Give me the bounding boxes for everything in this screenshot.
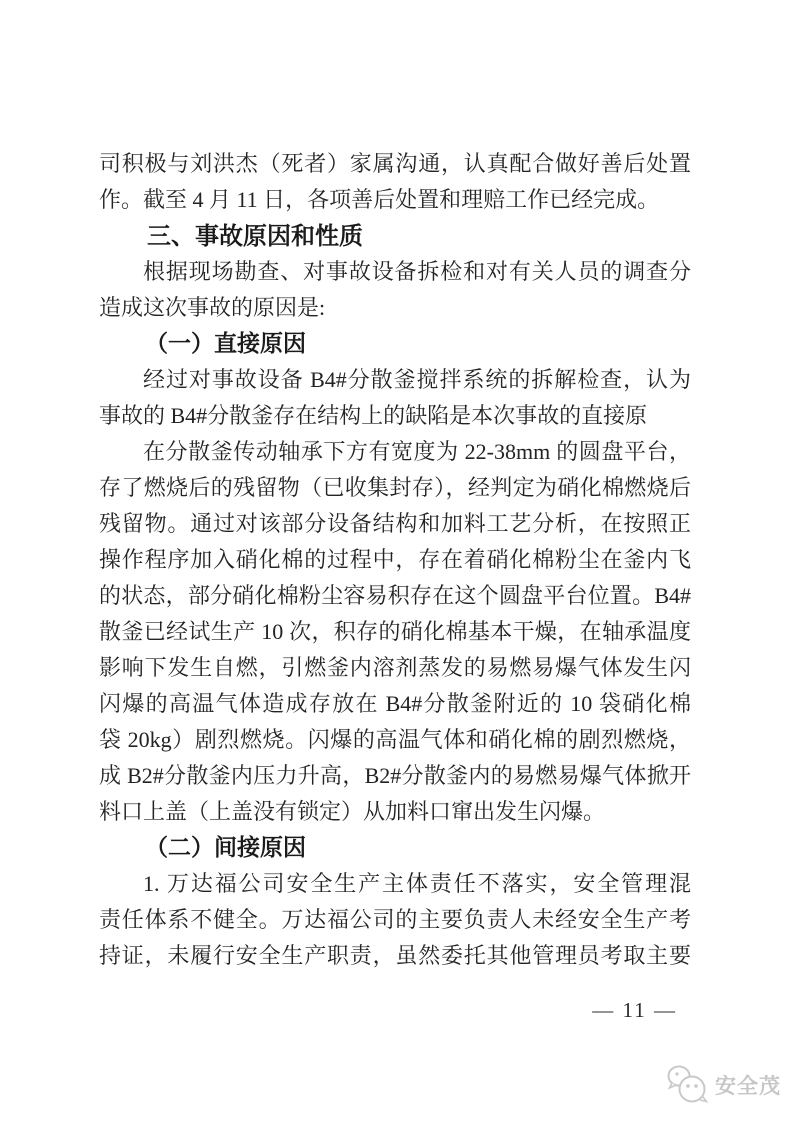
doc-line: 操作程序加入硝化棉的过程中，存在着硝化棉粉尘在釜内飞扬 [99, 542, 691, 578]
doc-line: 散釜已经试生产 10 次，积存的硝化棉基本干燥，在轴承温度的 [99, 614, 691, 650]
doc-line: 在分散釜传动轴承下方有宽度为 22-38mm 的圆盘平台，积 [99, 434, 691, 470]
watermark: 安全茂 [666, 1064, 781, 1106]
doc-line: 的状态，部分硝化棉粉尘容易积存在这个圆盘平台位置。B4#分 [99, 578, 691, 614]
doc-line: 持证，未履行安全生产职责，虽然委托其他管理员考取主要负 [99, 938, 691, 974]
watermark-label: 安全茂 [715, 1070, 781, 1100]
doc-line: 作。截至 4 月 11 日，各项善后处置和理赔工作已经完成。 [99, 182, 691, 218]
doc-line: 料口上盖（上盖没有锁定）从加料口窜出发生闪爆。 [99, 794, 691, 830]
page-number: — 11 — [592, 998, 677, 1023]
doc-line: 根据现场勘查、对事故设备拆检和对有关人员的调查分析， [99, 254, 691, 290]
doc-line: 影响下发生自燃，引燃釜内溶剂蒸发的易燃易爆气体发生闪爆， [99, 650, 691, 686]
section-heading-causes: 三、事故原因和性质 [99, 218, 691, 254]
doc-line: 责任体系不健全。万达福公司的主要负责人未经安全生产考核 [99, 902, 691, 938]
doc-line: 闪爆的高温气体造成存放在 B4#分散釜附近的 10 袋硝化棉（每 [99, 686, 691, 722]
doc-line: 袋 20kg）剧烈燃烧。闪爆的高温气体和硝化棉的剧烈燃烧，造 [99, 722, 691, 758]
document-page: 司积极与刘洪杰（死者）家属沟通，认真配合做好善后处置工 作。截至 4 月 11 … [0, 0, 793, 1122]
doc-line: 司积极与刘洪杰（死者）家属沟通，认真配合做好善后处置工 [99, 146, 691, 182]
chat-bubble-mascot-icon [666, 1064, 710, 1106]
subsection-heading-direct-cause: （一）直接原因 [99, 326, 691, 362]
doc-line: 1. 万达福公司安全生产主体责任不落实，安全管理混乱， [99, 866, 691, 902]
subsection-heading-indirect-cause: （二）间接原因 [99, 830, 691, 866]
doc-line: 成 B2#分散釜内压力升高，B2#分散釜内的易燃易爆气体掀开加 [99, 758, 691, 794]
doc-line: 造成这次事故的原因是: [99, 290, 691, 326]
document-body: 司积极与刘洪杰（死者）家属沟通，认真配合做好善后处置工 作。截至 4 月 11 … [99, 146, 691, 974]
doc-line: 存了燃烧后的残留物（已收集封存），经判定为硝化棉燃烧后的 [99, 470, 691, 506]
doc-line: 残留物。通过对该部分设备结构和加料工艺分析，在按照正常 [99, 506, 691, 542]
doc-line: 事故的 B4#分散釜存在结构上的缺陷是本次事故的直接原因。 [99, 398, 691, 434]
doc-line: 经过对事故设备 B4#分散釜搅拌系统的拆解检查，认为发生 [99, 362, 691, 398]
